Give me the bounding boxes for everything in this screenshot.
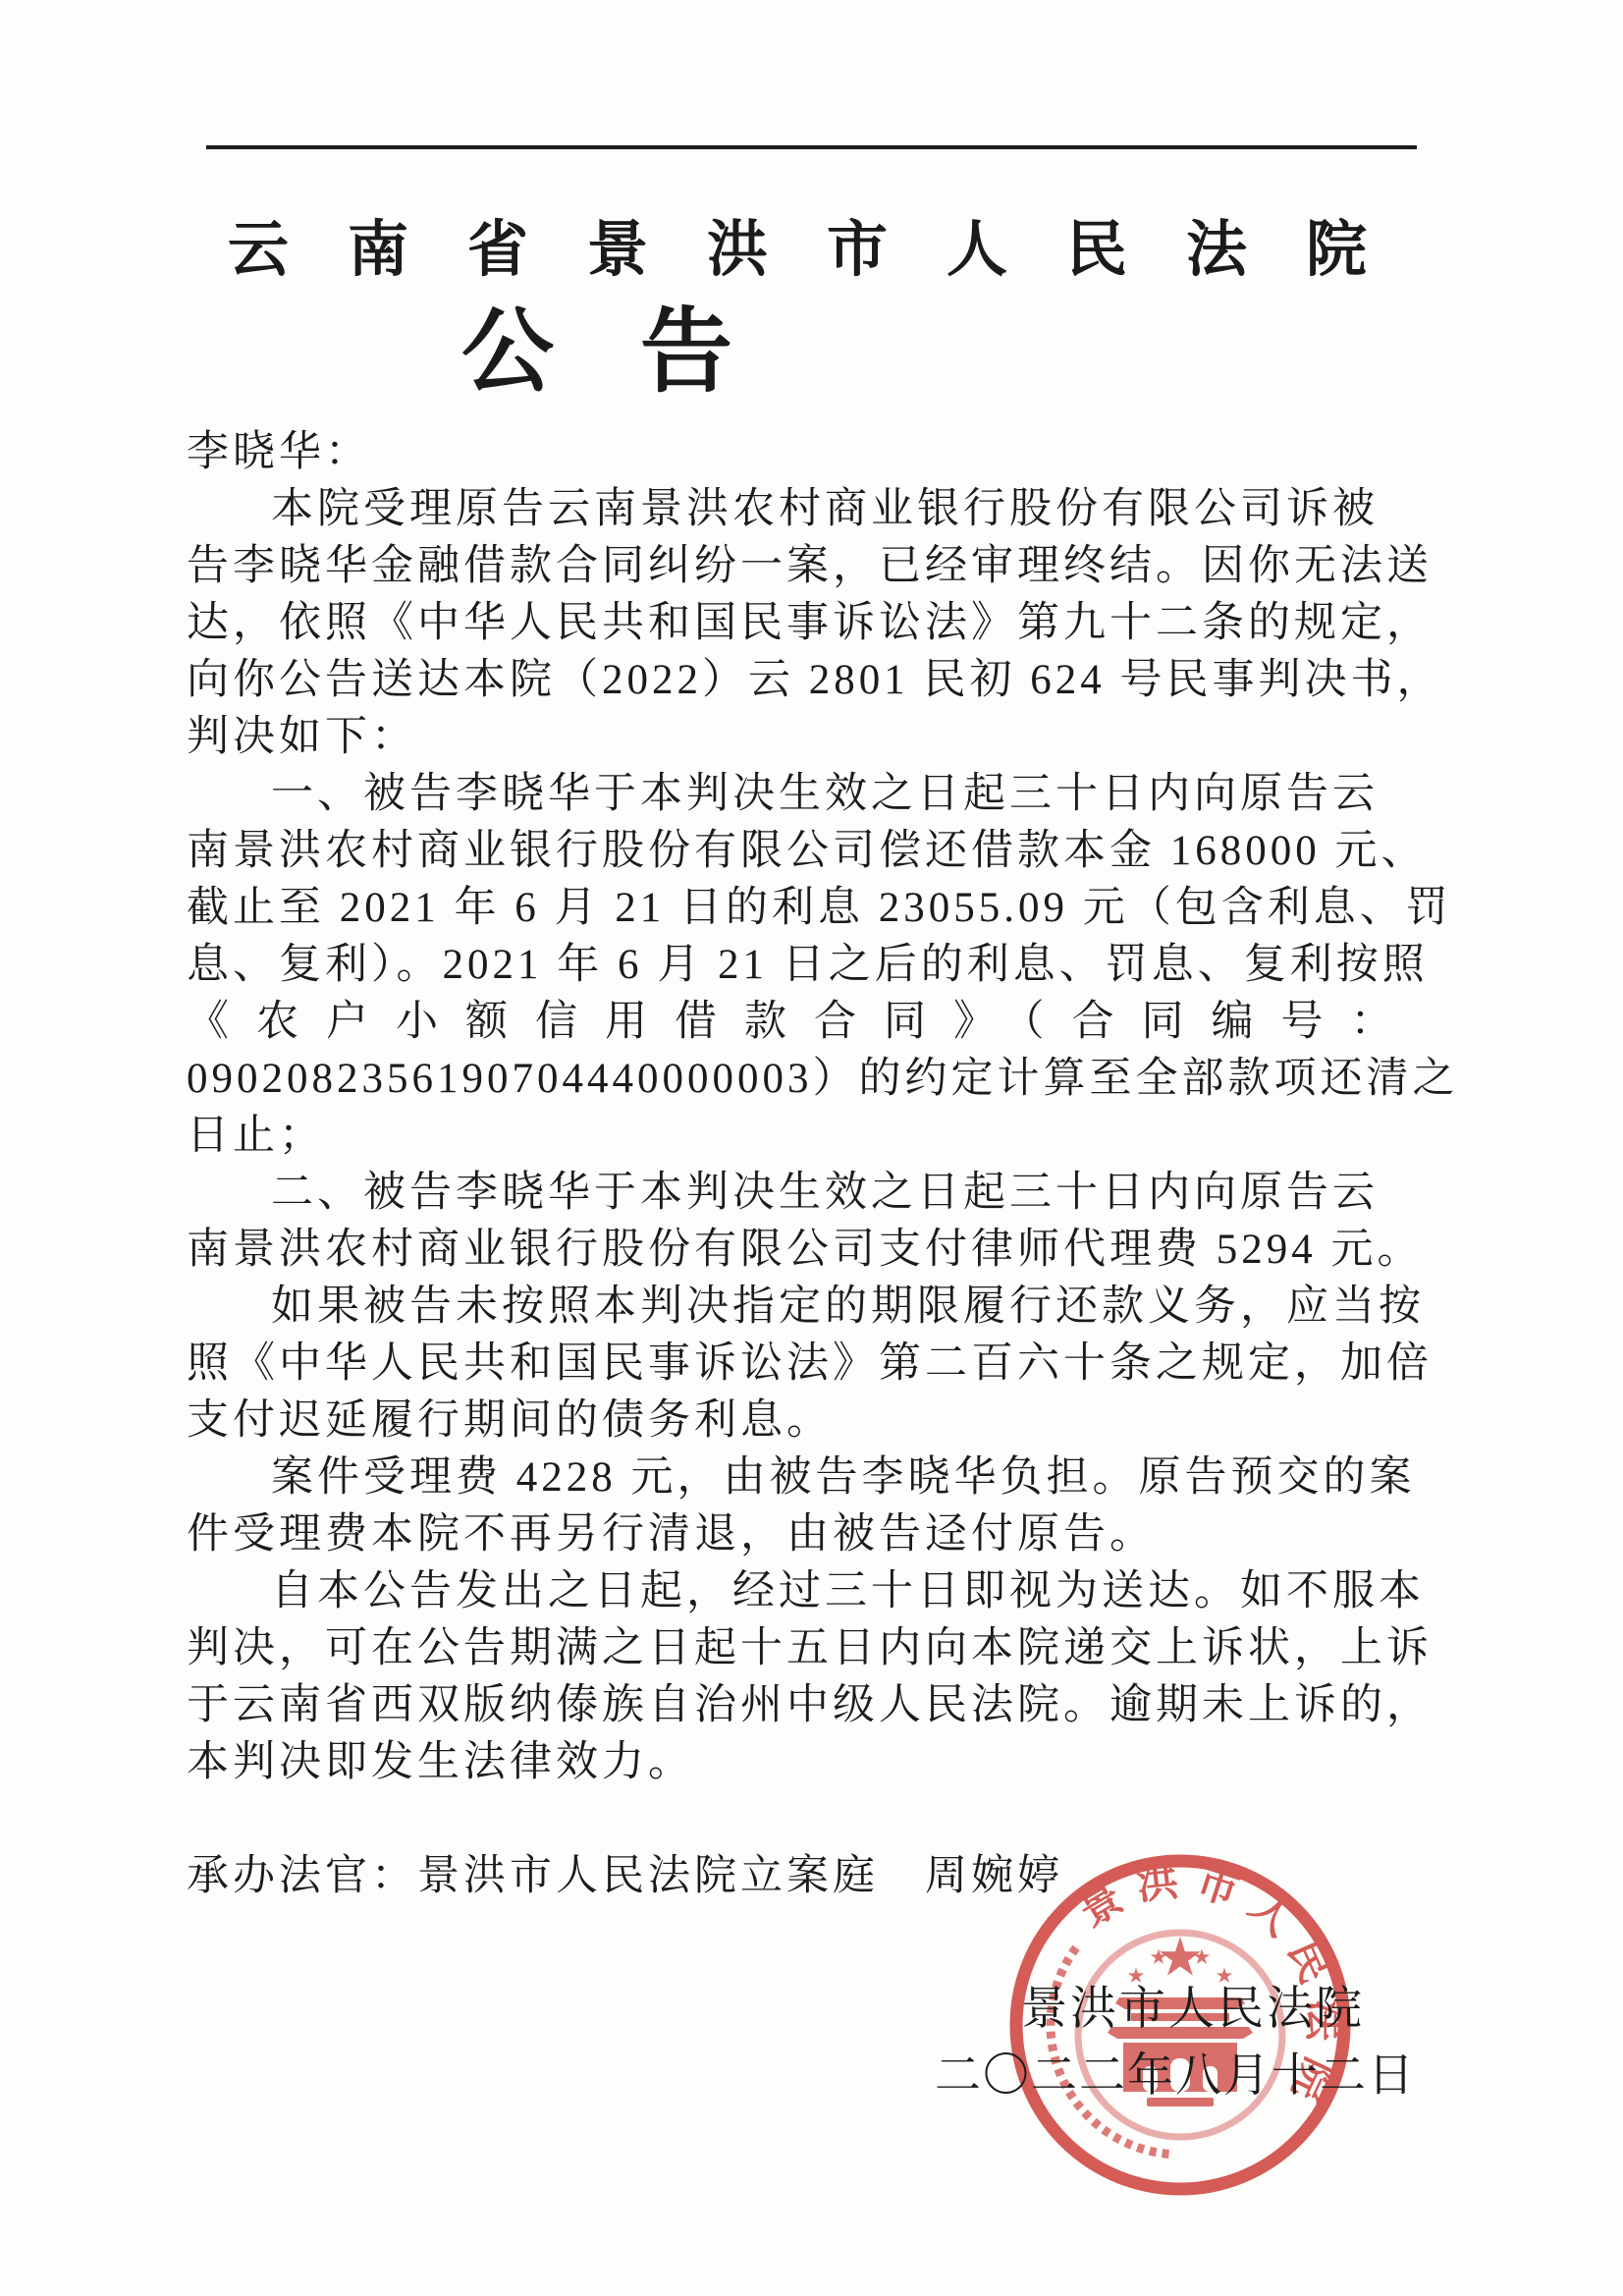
body-line: 南景洪农村商业银行股份有限公司支付律师代理费 5294 元。 — [187, 1222, 1463, 1279]
body-line: 截止至 2021 年 6 月 21 日的利息 23055.09 元（包含利息、罚 — [187, 880, 1463, 937]
body-line: 告李晓华金融借款合同纠纷一案，已经审理终结。因你无法送 — [187, 538, 1463, 595]
body-text: 李晓华：本院受理原告云南景洪农村商业银行股份有限公司诉被告李晓华金融借款合同纠纷… — [187, 424, 1463, 1905]
body-line: 南景洪农村商业银行股份有限公司偿还借款本金 168000 元、 — [187, 823, 1463, 880]
body-line: 自本公告发出之日起，经过三十日即视为送达。如不服本 — [187, 1563, 1463, 1620]
body-line: 本院受理原告云南景洪农村商业银行股份有限公司诉被 — [187, 481, 1463, 538]
body-line: 支付迟延履行期间的债务利息。 — [187, 1393, 1463, 1449]
announcement-page: 云南省景洪市人民法院 公告 李晓华：本院受理原告云南景洪农村商业银行股份有限公司… — [0, 0, 1623, 2296]
body-line: 日止； — [187, 1108, 1463, 1165]
body-line: 判决，可在公告期满之日起十五日内向本院递交上诉状，上诉 — [187, 1620, 1463, 1677]
signoff-court-name: 景洪市人民法院 — [1021, 1972, 1365, 2038]
body-line: 《农户小额信用借款合同》（合同编号： — [187, 994, 1463, 1051]
body-line: 0902082356190704440000003）的约定计算至全部款项还清之 — [187, 1051, 1463, 1108]
body-line: 二、被告李晓华于本判决生效之日起三十日内向原告云 — [187, 1165, 1463, 1222]
body-line: 达，依照《中华人民共和国民事诉讼法》第九十二条的规定， — [187, 595, 1463, 652]
notice-title: 公告 — [461, 306, 819, 399]
body-line: 向你公告送达本院（2022）云 2801 民初 624 号民事判决书， — [187, 652, 1463, 709]
court-title: 云南省景洪市人民法院 — [228, 220, 1426, 281]
top-rule — [206, 145, 1417, 149]
body-line: 判决如下： — [187, 709, 1463, 766]
body-line: 照《中华人民共和国民事诉讼法》第二百六十条之规定，加倍 — [187, 1336, 1463, 1393]
body-line: 一、被告李晓华于本判决生效之日起三十日内向原告云 — [187, 766, 1463, 823]
body-line: 案件受理费 4228 元，由被告李晓华负担。原告预交的案 — [187, 1449, 1463, 1506]
body-line: 息、复利）。2021 年 6 月 21 日之后的利息、罚息、复利按照 — [187, 937, 1463, 994]
body-line: 本判决即发生法律效力。 — [187, 1734, 1463, 1791]
body-line: 于云南省西双版纳傣族自治州中级人民法院。逾期未上诉的， — [187, 1677, 1463, 1734]
body-line: 如果被告未按照本判决指定的期限履行还款义务，应当按 — [187, 1279, 1463, 1336]
body-line: 件受理费本院不再另行清退，由被告迳付原告。 — [187, 1506, 1463, 1563]
body-line: 李晓华： — [187, 424, 1463, 481]
signoff-date: 二〇二二年八月十二日 — [935, 2039, 1416, 2105]
